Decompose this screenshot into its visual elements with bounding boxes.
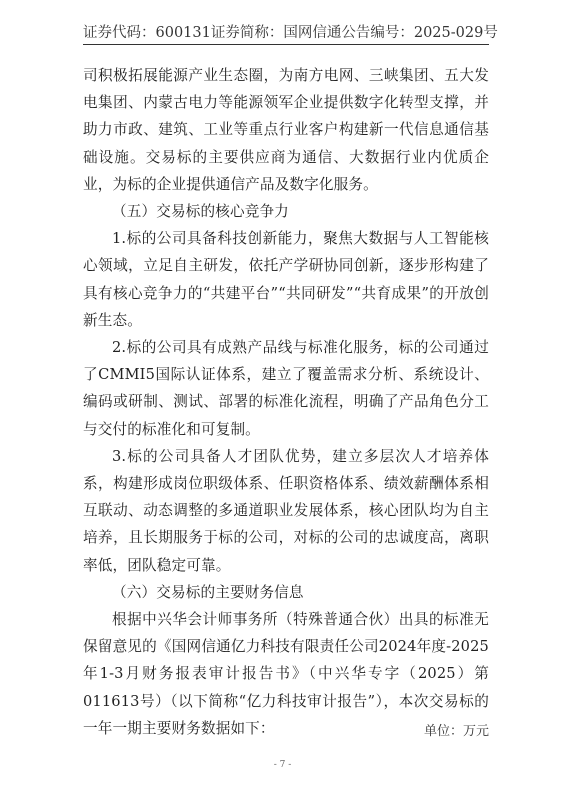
unit-label: 单位：万元 — [424, 720, 489, 739]
section-heading-core-competitiveness: （五）交易标的核心竞争力 — [83, 198, 489, 225]
stock-name: 证券简称：国网信通 — [211, 24, 342, 44]
paragraph-talent: 3.标的公司具备人才团队优势，建立多层次人才培养体系，构建形成岗位职级体系、任职… — [83, 443, 489, 579]
document-body: 司积极拓展能源产业生态圈，为南方电网、三峡集团、五大发电集团、内蒙古电力等能源领… — [83, 62, 489, 742]
stock-code: 证券代码：600131 — [83, 24, 211, 44]
announcement-number: 公告编号：2025-029号 — [341, 24, 497, 44]
paragraph-continuation: 司积极拓展能源产业生态圈，为南方电网、三峡集团、五大发电集团、内蒙古电力等能源领… — [83, 62, 489, 198]
section-heading-financial-info: （六）交易标的主要财务信息 — [83, 579, 489, 606]
document-header: 证券代码：600131 证券简称：国网信通 公告编号：2025-029号 — [83, 24, 489, 45]
paragraph-innovation: 1.标的公司具备科技创新能力，聚焦大数据与人工智能核心领域，立足自主研发，依托产… — [83, 225, 489, 334]
page-number: - 7 - — [0, 760, 565, 770]
paragraph-product-line: 2.标的公司具有成熟产品线与标准化服务，标的公司通过了CMMI5国际认证体系，建… — [83, 334, 489, 443]
